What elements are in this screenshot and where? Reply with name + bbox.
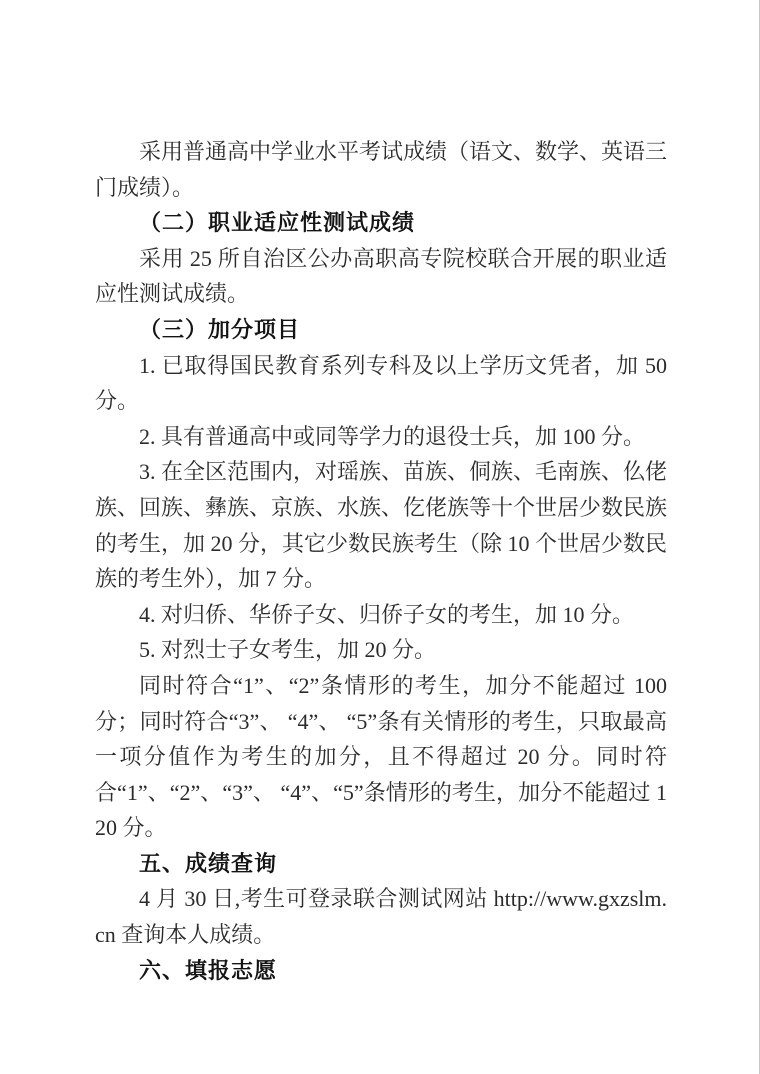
paragraph: 同时符合“1”、“2”条情形的考生，加分不能超过 100 分；同时符合“3”、 … [95, 668, 667, 846]
paragraph: 1. 已取得国民教育系列专科及以上学历文凭者，加 50 分。 [95, 348, 667, 419]
document-body: 采用普通高中学业水平考试成绩（语文、数学、英语三门成绩）。（二）职业适应性测试成… [95, 134, 667, 988]
paragraph: 4. 对归侨、华侨子女、归侨子女的考生，加 10 分。 [95, 597, 667, 633]
paragraph: 5. 对烈士子女考生，加 20 分。 [95, 632, 667, 668]
paragraph: 4 月 30 日,考生可登录联合测试网站 http://www.gxzslm.c… [95, 881, 667, 952]
paragraph: 2. 具有普通高中或同等学力的退役士兵，加 100 分。 [95, 419, 667, 455]
document-page: 采用普通高中学业水平考试成绩（语文、数学、英语三门成绩）。（二）职业适应性测试成… [0, 0, 760, 1074]
section-heading: （二）职业适应性测试成绩 [95, 205, 667, 241]
paragraph: 3. 在全区范围内，对瑶族、苗族、侗族、毛南族、仫佬族、回族、彝族、京族、水族、… [95, 454, 667, 596]
section-heading: （三）加分项目 [95, 312, 667, 348]
section-heading: 五、成绩查询 [95, 846, 667, 882]
section-heading: 六、填报志愿 [95, 953, 667, 989]
paragraph: 采用普通高中学业水平考试成绩（语文、数学、英语三门成绩）。 [95, 134, 667, 205]
paragraph: 采用 25 所自治区公办高职高专院校联合开展的职业适应性测试成绩。 [95, 241, 667, 312]
